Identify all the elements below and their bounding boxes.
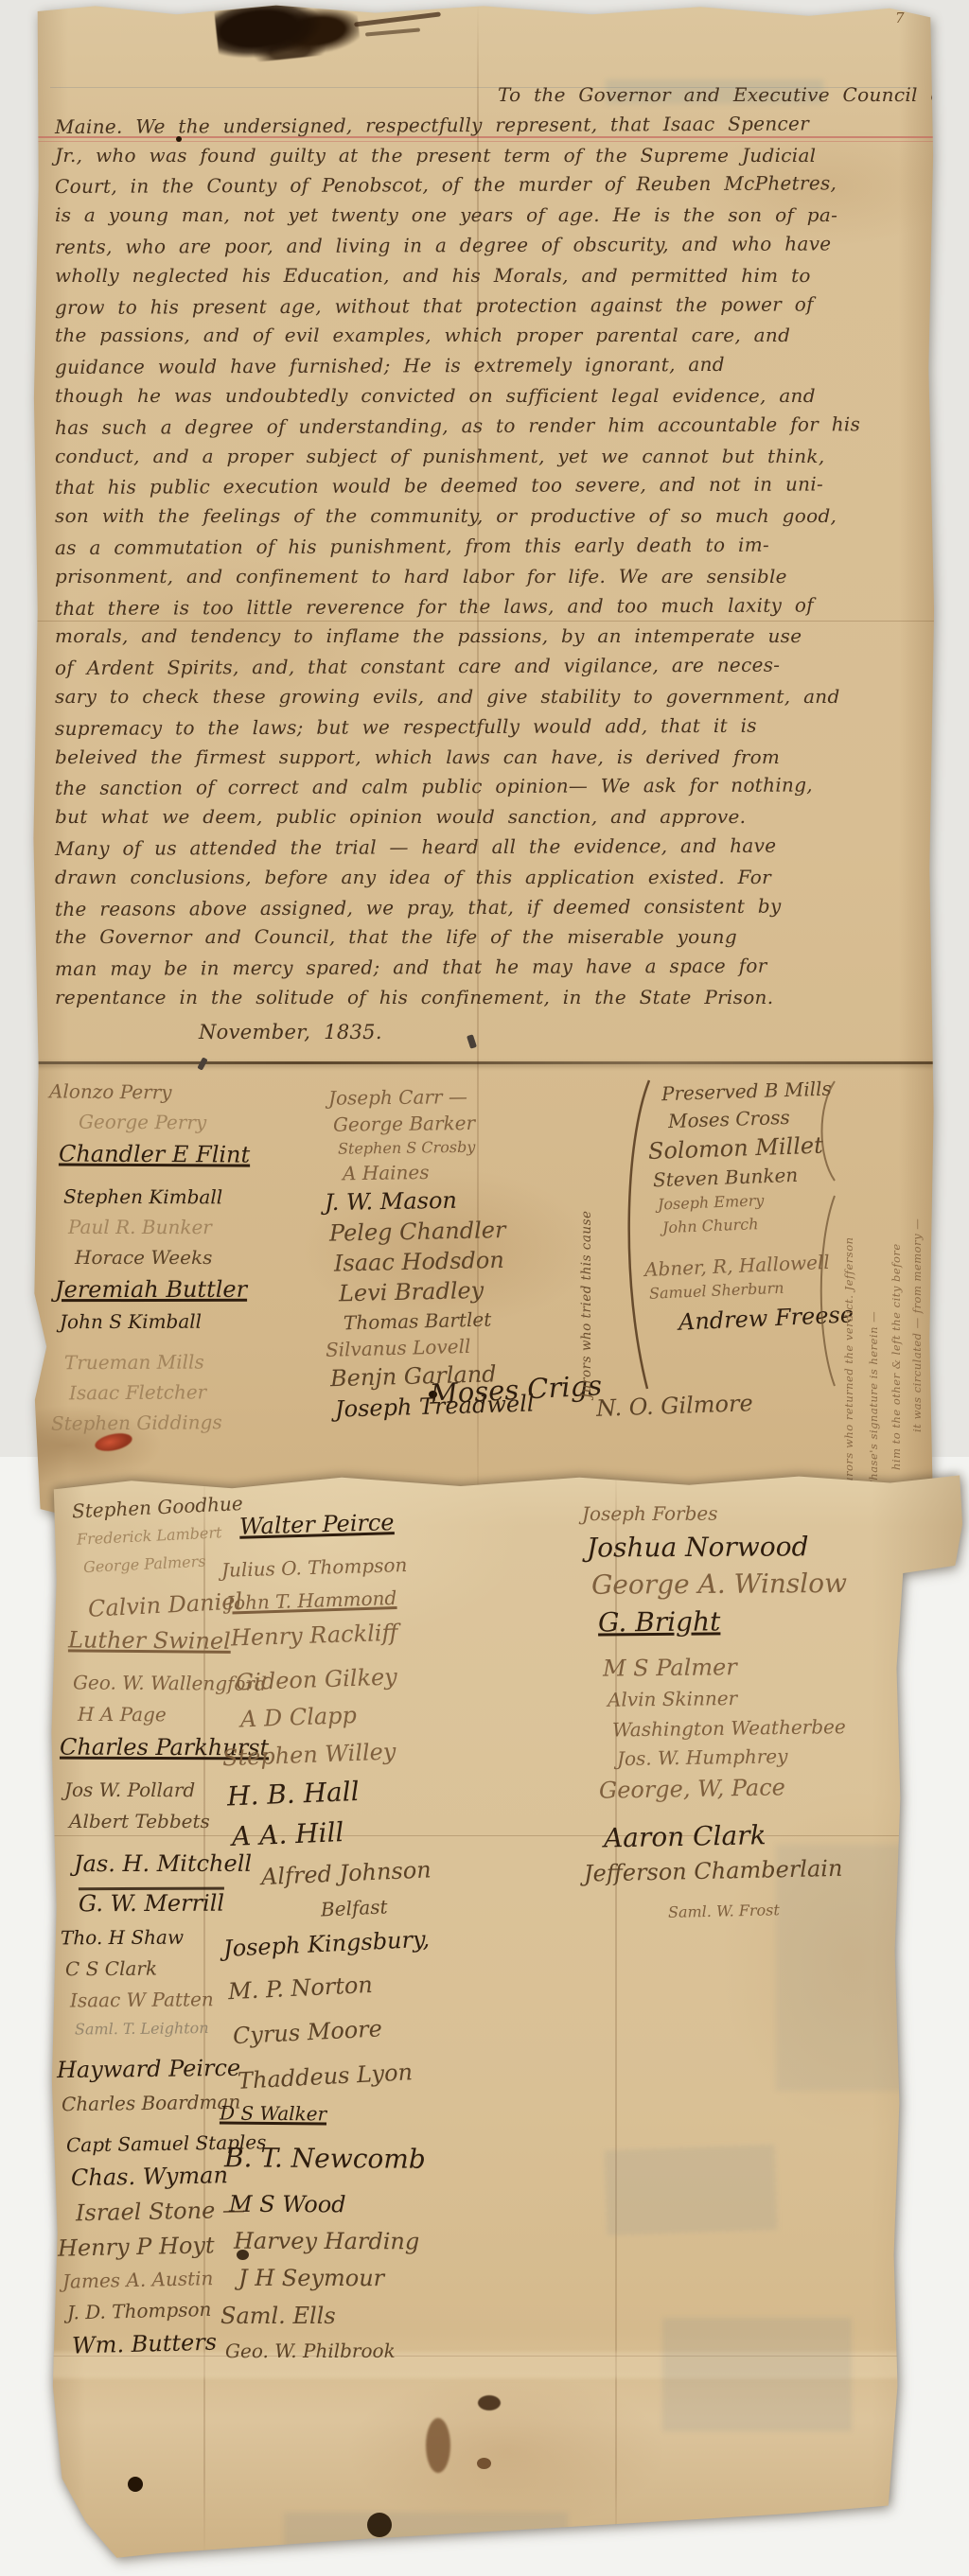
petition-line: rents, who are poor, and living in a deg…: [55, 232, 918, 266]
petition-line: Maine. We the undersigned, respectfully …: [55, 112, 918, 146]
brown-stain: [426, 2418, 450, 2473]
signature: H A Page: [78, 1705, 167, 1725]
petition-line: beleived the firmest support, which laws…: [55, 745, 918, 776]
signature: H. B. Hall: [226, 1778, 360, 1811]
fold-line: [32, 1061, 935, 1064]
signature: John S Kimball: [60, 1312, 202, 1333]
signature: Belfast: [321, 1897, 388, 1919]
signature: Silvanus Lovell: [326, 1336, 471, 1359]
signature: George A. Winslow: [591, 1569, 847, 1599]
margin-note: him to the other & left the city before: [890, 1092, 903, 1470]
petition-date: November, 1835.: [199, 1021, 918, 1043]
signature: Aaron Clark: [604, 1821, 766, 1852]
petition-line: man may be in mercy spared; and that he …: [55, 954, 918, 988]
jurors-trial-annotation: Jurors who tried this cause: [579, 1086, 594, 1398]
ink-showthrough: [604, 2145, 777, 2235]
signature: Gideon Gilkey: [236, 1666, 398, 1695]
petition-line: that there is too little reverence for t…: [55, 593, 918, 627]
petition-line: that his public execution would be deeme…: [55, 472, 918, 506]
signature: John T. Hammond: [226, 1588, 397, 1614]
signature: A D Clapp: [240, 1704, 358, 1732]
signature: Luther Swinel: [68, 1628, 231, 1654]
petition-salutation: To the Governor and Executive Council of: [498, 83, 918, 114]
petition-line: morals, and tendency to inflame the pass…: [55, 624, 918, 655]
signature: Alfred Johnson: [261, 1858, 432, 1889]
signature: Joshua Norwood: [587, 1533, 809, 1562]
signature: Chas. Wyman: [71, 2164, 228, 2190]
jurors-brace: [615, 1077, 659, 1394]
petition-line: wholly neglected his Education, and his …: [55, 264, 918, 294]
signature: Jefferson Chamberlain: [584, 1857, 843, 1886]
petition-line: repentance in the solitude of his confin…: [55, 986, 918, 1016]
signature: Henry Rackliff: [231, 1621, 398, 1651]
signature: Jos. W. Humphrey: [617, 1747, 788, 1770]
scanned-petition-document: 7 To the Governor and Executive Council …: [0, 0, 969, 2576]
ink-showthrough: [284, 2513, 568, 2549]
signature: Harvey Harding: [234, 2230, 419, 2254]
signature: Alvin Skinner: [608, 1689, 737, 1710]
signature: George Perry: [79, 1113, 206, 1133]
signature: Joseph Emery: [658, 1193, 765, 1213]
petition-line: Jr., who was found guilty at the present…: [55, 144, 918, 174]
signature: Jeremiah Buttler: [55, 1278, 247, 1303]
signature: Abner, R, Hallowell: [644, 1253, 830, 1280]
signature: Saml. T. Leighton: [75, 2021, 209, 2038]
signature: Solomon Millet: [648, 1134, 824, 1165]
signature: Steven Bunken: [653, 1165, 799, 1191]
margin-note: Jurors who returned the verdict. Jeffers…: [842, 1082, 855, 1489]
signature: J. W. Mason: [325, 1189, 457, 1216]
signature: Samuel Sherburn: [649, 1280, 784, 1302]
signature: John Church: [662, 1217, 759, 1236]
petition-sheet: 7 To the Governor and Executive Council …: [32, 4, 935, 1521]
ink-streak: [354, 11, 441, 26]
signature: Saml. Ells: [220, 2304, 336, 2328]
petition-line: is a young man, not yet twenty one years…: [55, 203, 918, 234]
petition-line: as a commutation of his punishment, from…: [55, 533, 918, 567]
signatures-sheet-wrap: Stephen GoodhueFrederick LambertGeorge P…: [49, 1472, 963, 2560]
signature: C S Clark: [65, 1958, 157, 1979]
signature: Saml. W. Frost: [668, 1902, 780, 1920]
signature: James A. Austin: [62, 2269, 214, 2292]
signature: M S Palmer: [603, 1656, 737, 1681]
petition-line: has such a degree of understanding, as t…: [55, 412, 918, 447]
petition-line: but what we deem, public opinion would s…: [55, 805, 918, 835]
signature: Henry P Hoyt: [58, 2234, 215, 2261]
signature: Paul R. Bunker: [68, 1218, 212, 1237]
signature: Wm. Butters: [72, 2331, 218, 2358]
signature: Tho. H Shaw: [61, 1927, 184, 1948]
signature: Thaddeus Lyon: [237, 2061, 413, 2094]
petition-line: though he was undoubtedly convicted on s…: [55, 384, 918, 414]
signature: D S Walker: [220, 2103, 326, 2124]
petition-line: the sanction of correct and calm public …: [55, 773, 918, 807]
brown-stain: [477, 2458, 491, 2469]
signature: J. D. Thompson: [67, 2300, 212, 2323]
signature: Walter Peirce: [239, 1511, 395, 1539]
signature: Stephen Goodhue: [72, 1494, 244, 1521]
signature: A Haines: [343, 1163, 430, 1183]
signature: Washington Weatherbee: [612, 1717, 846, 1740]
petition-line: guidance would have furnished; He is ext…: [55, 352, 918, 386]
petition-line: drawn conclusions, before any idea of th…: [55, 866, 918, 896]
petition-line: prisonment, and confinement to hard labo…: [55, 565, 918, 595]
signature: Stephen Giddings: [51, 1413, 222, 1435]
signature: J H Seymour: [238, 2267, 384, 2290]
petition-line: son with the feelings of the community, …: [55, 504, 918, 534]
signature: Joseph Carr —: [328, 1087, 467, 1109]
signature: Hayward Peirce: [57, 2057, 240, 2083]
signature: A A. Hill: [231, 1818, 344, 1850]
page-corner-mark: 7: [895, 9, 905, 26]
petition-text: To the Governor and Executive Council of…: [55, 83, 918, 1043]
signature: Joseph Forbes: [582, 1504, 718, 1525]
signature-column-right: Joseph ForbesJoshua NorwoodGeorge A. Win…: [572, 1504, 941, 1930]
margin-note: Chase's signature is herein —: [867, 1082, 880, 1489]
signature: Julius O. Thompson: [221, 1555, 408, 1581]
ink-streak: [365, 27, 420, 36]
petition-line: Many of us attended the trial — heard al…: [55, 833, 918, 867]
ink-stain: [367, 2513, 392, 2537]
signature: G. W. Merrill: [79, 1887, 224, 1917]
ink-showthrough: [662, 2318, 852, 2431]
signature: Trueman Mills: [64, 1353, 204, 1374]
signature: Stephen Willey: [222, 1740, 396, 1770]
signature: Moses Cross: [668, 1108, 790, 1131]
signature: Joseph Kingsbury,: [223, 1928, 431, 1961]
ink-stain: [478, 2395, 501, 2410]
petition-line: supremacy to the laws; but we respectful…: [55, 713, 918, 747]
petition-line: grow to his present age, without that pr…: [55, 292, 918, 326]
signature: Thomas Bartlet: [344, 1309, 492, 1333]
margin-brace: [812, 1078, 840, 1184]
signature: Geo. W. Philbrook: [225, 2341, 396, 2361]
signature: Preserved B Mills: [661, 1079, 832, 1105]
signature: M. P. Norton: [227, 1973, 373, 2005]
petition-line: conduct, and a proper subject of punishm…: [55, 445, 918, 475]
margin-brace: [812, 1192, 840, 1391]
petition-line: of Ardent Spirits, and, that constant ca…: [55, 653, 918, 687]
signature: Horace Weeks: [75, 1248, 212, 1268]
petition-sheet-wrap: 7 To the Governor and Executive Council …: [32, 4, 935, 1521]
signature: Charles Boardman: [62, 2092, 241, 2114]
signature: George, W, Pace: [599, 1777, 785, 1804]
ink-blot: [214, 0, 361, 66]
signature: George Barker: [333, 1113, 475, 1135]
signature: Cyrus Moore: [232, 2018, 382, 2049]
signature: Albert Tebbets: [69, 1812, 210, 1831]
ink-stain: [128, 2477, 143, 2492]
signature: Chandler E Flint: [59, 1143, 250, 1167]
signature: Alonzo Perry: [49, 1081, 172, 1102]
signature-column-left: Alonzo PerryGeorge PerryChandler E Flint…: [49, 1082, 333, 1444]
petition-line: Court, in the County of Penobscot, of th…: [55, 171, 918, 205]
signature: Frederick Lambert: [77, 1525, 222, 1548]
petition-line: sary to check these growing evils, and g…: [55, 685, 918, 715]
signatures-sheet: Stephen GoodhueFrederick LambertGeorge P…: [49, 1472, 963, 2560]
signature: Jos W. Pollard: [64, 1780, 195, 1800]
signature: Isaac Fletcher: [69, 1383, 206, 1404]
signature: Stephen Kimball: [63, 1187, 222, 1208]
signature: N. O. Gilmore: [596, 1390, 754, 1422]
signature: B. T. Newcomb: [224, 2144, 426, 2173]
margin-note: it was circulated — from memory —: [910, 1101, 924, 1432]
signature: G. Bright: [598, 1607, 721, 1637]
signature: George Palmers: [83, 1553, 206, 1575]
signature: M S Wood: [229, 2193, 346, 2217]
signature: Peleg Chandler: [329, 1218, 506, 1246]
petition-line: the passions, and of evil examples, whic…: [55, 324, 918, 354]
signature: Isaac Hodsdon: [334, 1249, 504, 1276]
signature: Stephen S Crosby: [338, 1140, 476, 1158]
signature-column-middle: Walter PeirceJulius O. ThompsonJohn T. H…: [220, 1514, 541, 2374]
petition-line: the reasons above assigned, we pray, tha…: [55, 894, 918, 928]
petition-line: the Governor and Council, that the life …: [55, 925, 918, 955]
signature: Isaac W Patten: [70, 1989, 214, 2010]
signature: Levi Bradley: [339, 1279, 484, 1306]
